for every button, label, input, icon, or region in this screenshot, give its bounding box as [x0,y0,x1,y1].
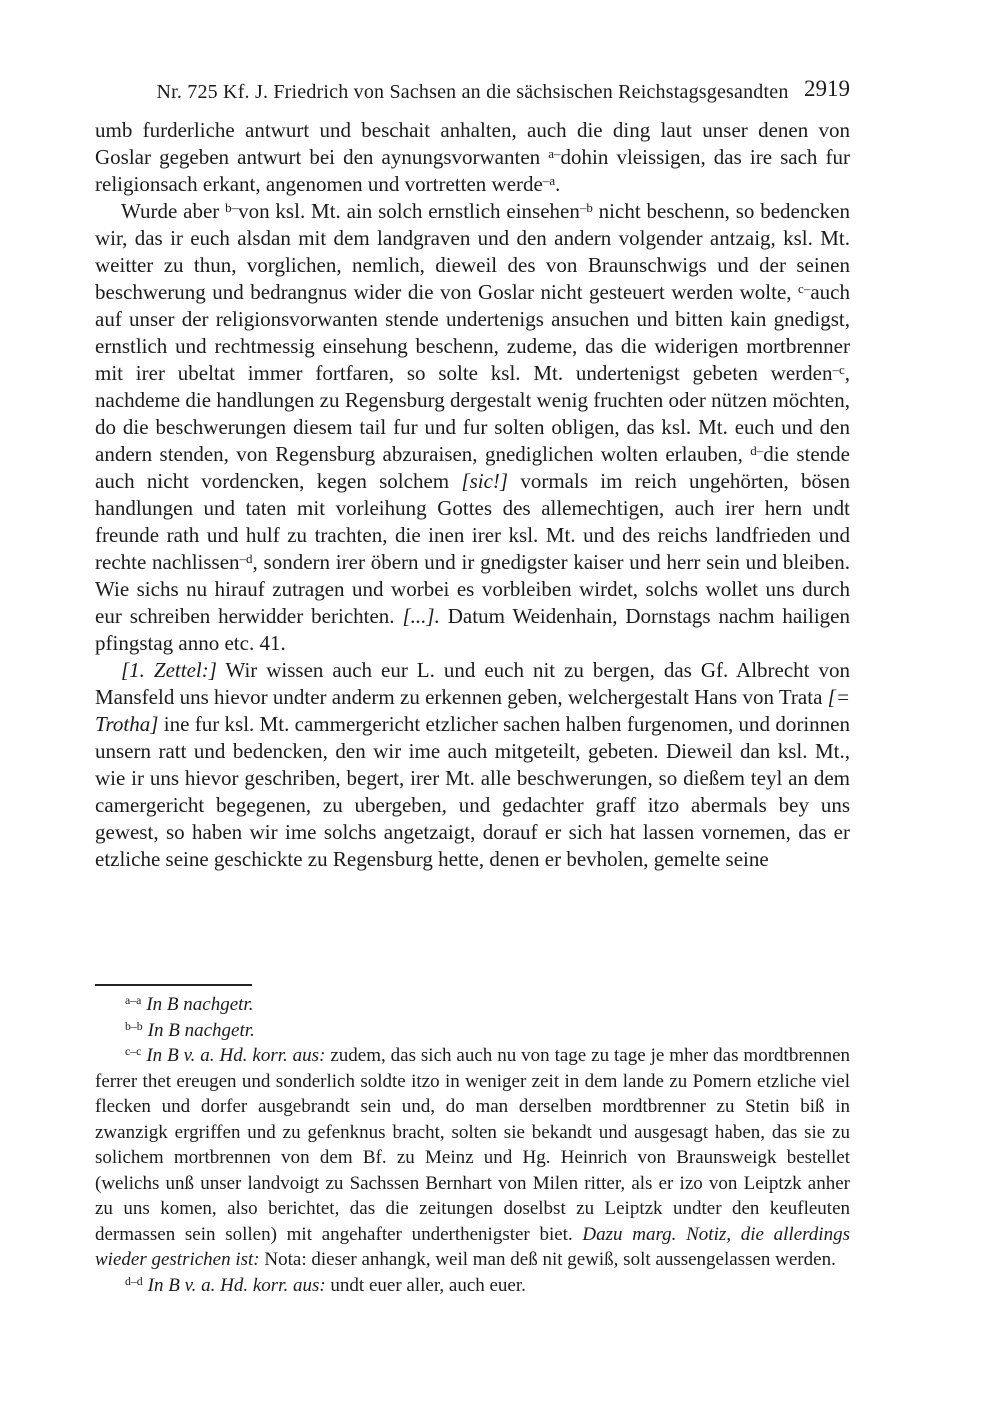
footnote: c–cIn B v. a. Hd. korr. aus: zudem, das … [95,1043,850,1273]
page-number: 2919 [804,77,850,101]
text-segment: [...]. [402,604,439,628]
text-segment: [sic!] [461,469,508,493]
footnote-separator [95,984,252,986]
text-segment: ine fur ksl. Mt. cammergericht etzlicher… [95,712,850,871]
paragraph: Wurde aber b–von ksl. Mt. ain solch erns… [95,198,850,657]
text-segment: [1. Zettel:] [121,658,217,682]
text-segment: Wurde aber [121,199,225,223]
running-head: Nr. 725 Kf. J. Friedrich von Sachsen an … [95,80,850,104]
text-segment: zudem, das sich auch nu von tage zu tage… [95,1045,850,1245]
text-segment: In B nachgetr. [146,994,253,1015]
text-segment: undt euer aller, auch euer. [326,1275,526,1296]
footnotes-section: a–aIn B nachgetr.b–bIn B nachgetr.c–cIn … [95,992,850,1298]
book-page: Nr. 725 Kf. J. Friedrich von Sachsen an … [0,0,1004,1418]
paragraph: [1. Zettel:] Wir wissen auch eur L. und … [95,657,850,873]
header-title: Nr. 725 Kf. J. Friedrich von Sachsen an … [95,80,850,104]
paragraph: umb furderliche antwurt und beschait anh… [95,117,850,198]
text-segment: In B nachgetr. [148,1020,255,1041]
text-segment: Nota: dieser anhangk, weil man deß nit g… [260,1249,836,1270]
text-segment: von ksl. Mt. ain solch ernstlich einsehe… [238,199,580,223]
footnote: b–bIn B nachgetr. [95,1018,850,1044]
footnote: a–aIn B nachgetr. [95,992,850,1018]
text-segment: In B v. a. Hd. korr. aus: [148,1275,326,1296]
body-text: umb furderliche antwurt und beschait anh… [95,117,850,873]
text-segment: . [555,172,560,196]
text-segment: In B v. a. Hd. korr. aus: [146,1045,325,1066]
footnote: d–dIn B v. a. Hd. korr. aus: undt euer a… [95,1273,850,1299]
